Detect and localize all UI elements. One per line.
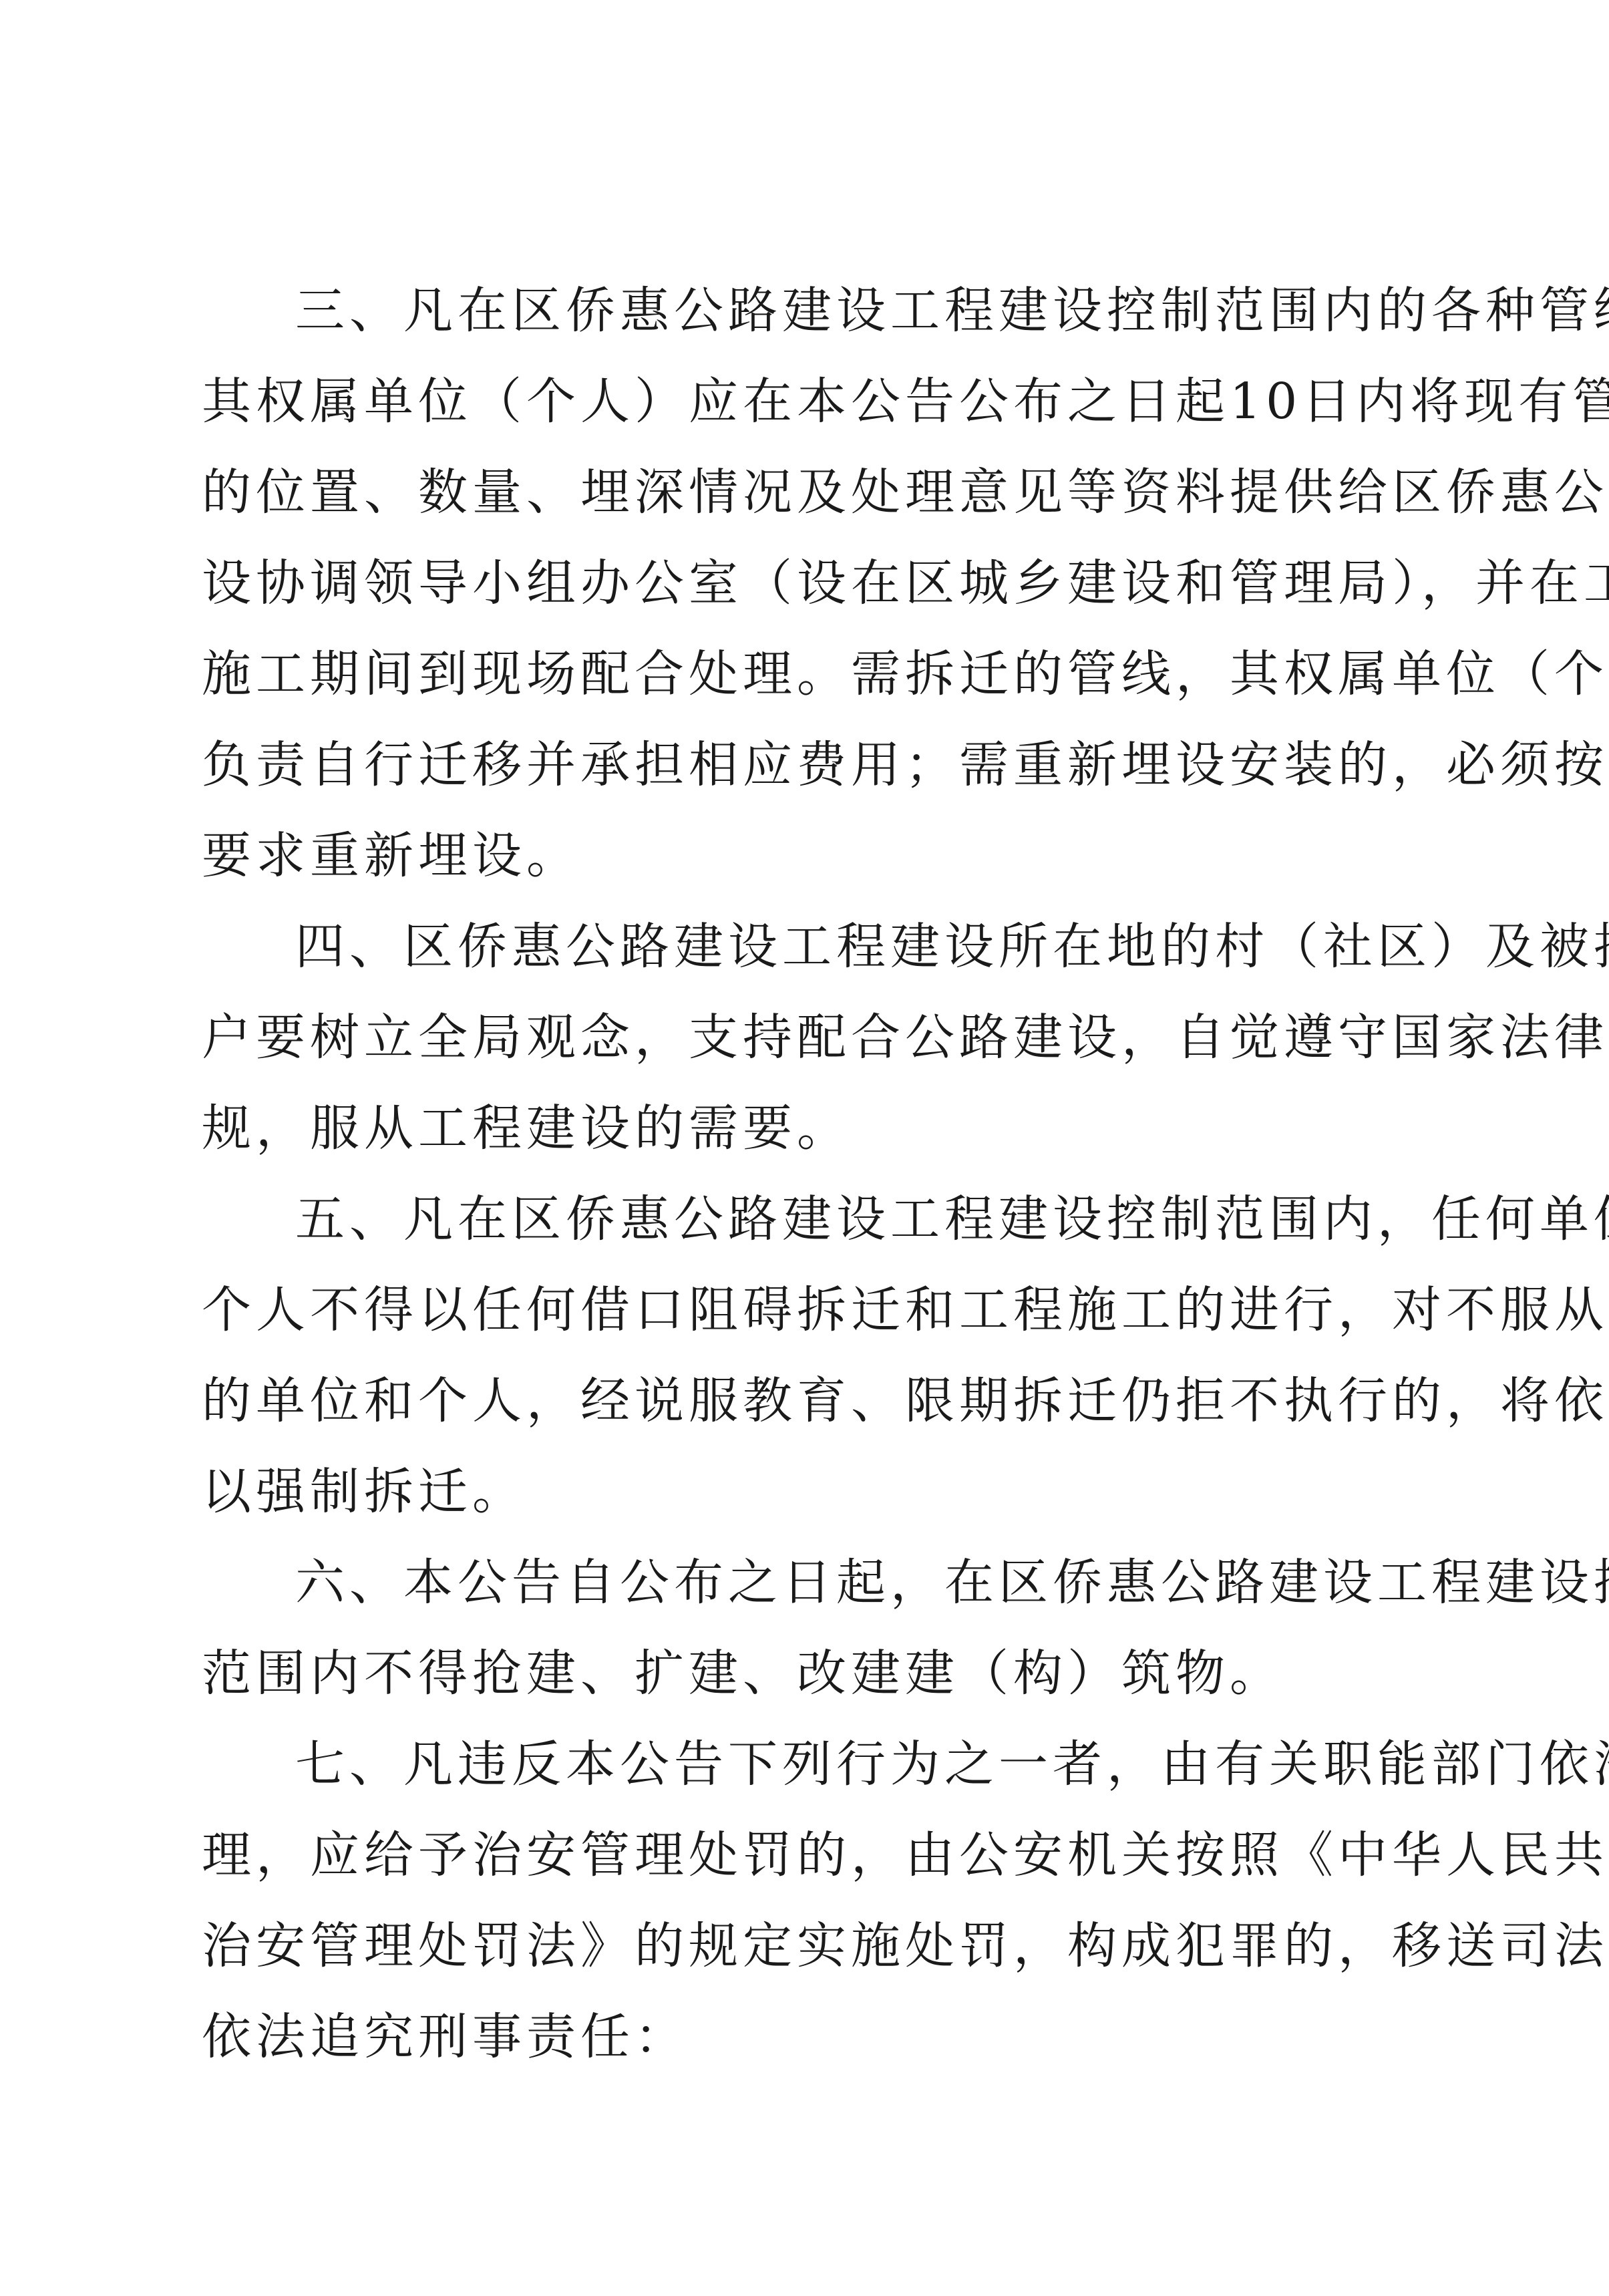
paragraph-line: 七、凡违反本公告下列行为之一者，由有关职能部门依法处 — [295, 1731, 1424, 1798]
paragraph-line: 六、本公告自公布之日起，在区侨惠公路建设工程建设控制 — [295, 1549, 1424, 1616]
paragraph-line: 四、区侨惠公路建设工程建设所在地的村（社区）及被拆迁 — [295, 913, 1424, 980]
paragraph-line: 五、凡在区侨惠公路建设工程建设控制范围内，任何单位和 — [295, 1186, 1424, 1253]
document-page: 三、凡在区侨惠公路建设工程建设控制范围内的各种管线， 其权属单位（个人）应在本公… — [0, 0, 1609, 2296]
paragraph-line: 依法追究刑事责任： — [202, 2003, 1424, 2070]
paragraph-line: 设协调领导小组办公室（设在区城乡建设和管理局），并在工程 — [202, 550, 1424, 617]
paragraph-line: 负责自行迁移并承担相应费用；需重新埋设安装的，必须按有关 — [202, 731, 1424, 798]
paragraph-line: 要求重新埋设。 — [202, 822, 1424, 889]
paragraph-line: 的位置、数量、埋深情况及处理意见等资料提供给区侨惠公路建 — [202, 459, 1424, 526]
paragraph-line: 个人不得以任何借口阻碍拆迁和工程施工的进行，对不服从拆迁 — [202, 1277, 1424, 1343]
paragraph-line: 施工期间到现场配合处理。需拆迁的管线，其权属单位（个人） — [202, 641, 1424, 707]
paragraph-line: 其权属单位（个人）应在本公告公布之日起10日内将现有管线 — [202, 368, 1424, 435]
paragraph-line: 的单位和个人，经说服教育、限期拆迁仍拒不执行的，将依法予 — [202, 1367, 1424, 1434]
paragraph-line: 以强制拆迁。 — [202, 1458, 1424, 1525]
paragraph-line: 规，服从工程建设的需要。 — [202, 1095, 1424, 1162]
paragraph-line: 三、凡在区侨惠公路建设工程建设控制范围内的各种管线， — [295, 277, 1424, 344]
paragraph-line: 范围内不得抢建、扩建、改建建（构）筑物。 — [202, 1640, 1424, 1707]
paragraph-line: 治安管理处罚法》的规定实施处罚，构成犯罪的，移送司法机关 — [202, 1913, 1424, 1979]
paragraph-line: 户要树立全局观念，支持配合公路建设，自觉遵守国家法律、法 — [202, 1004, 1424, 1071]
paragraph-line: 理，应给予治安管理处罚的，由公安机关按照《中华人民共和国 — [202, 1822, 1424, 1889]
